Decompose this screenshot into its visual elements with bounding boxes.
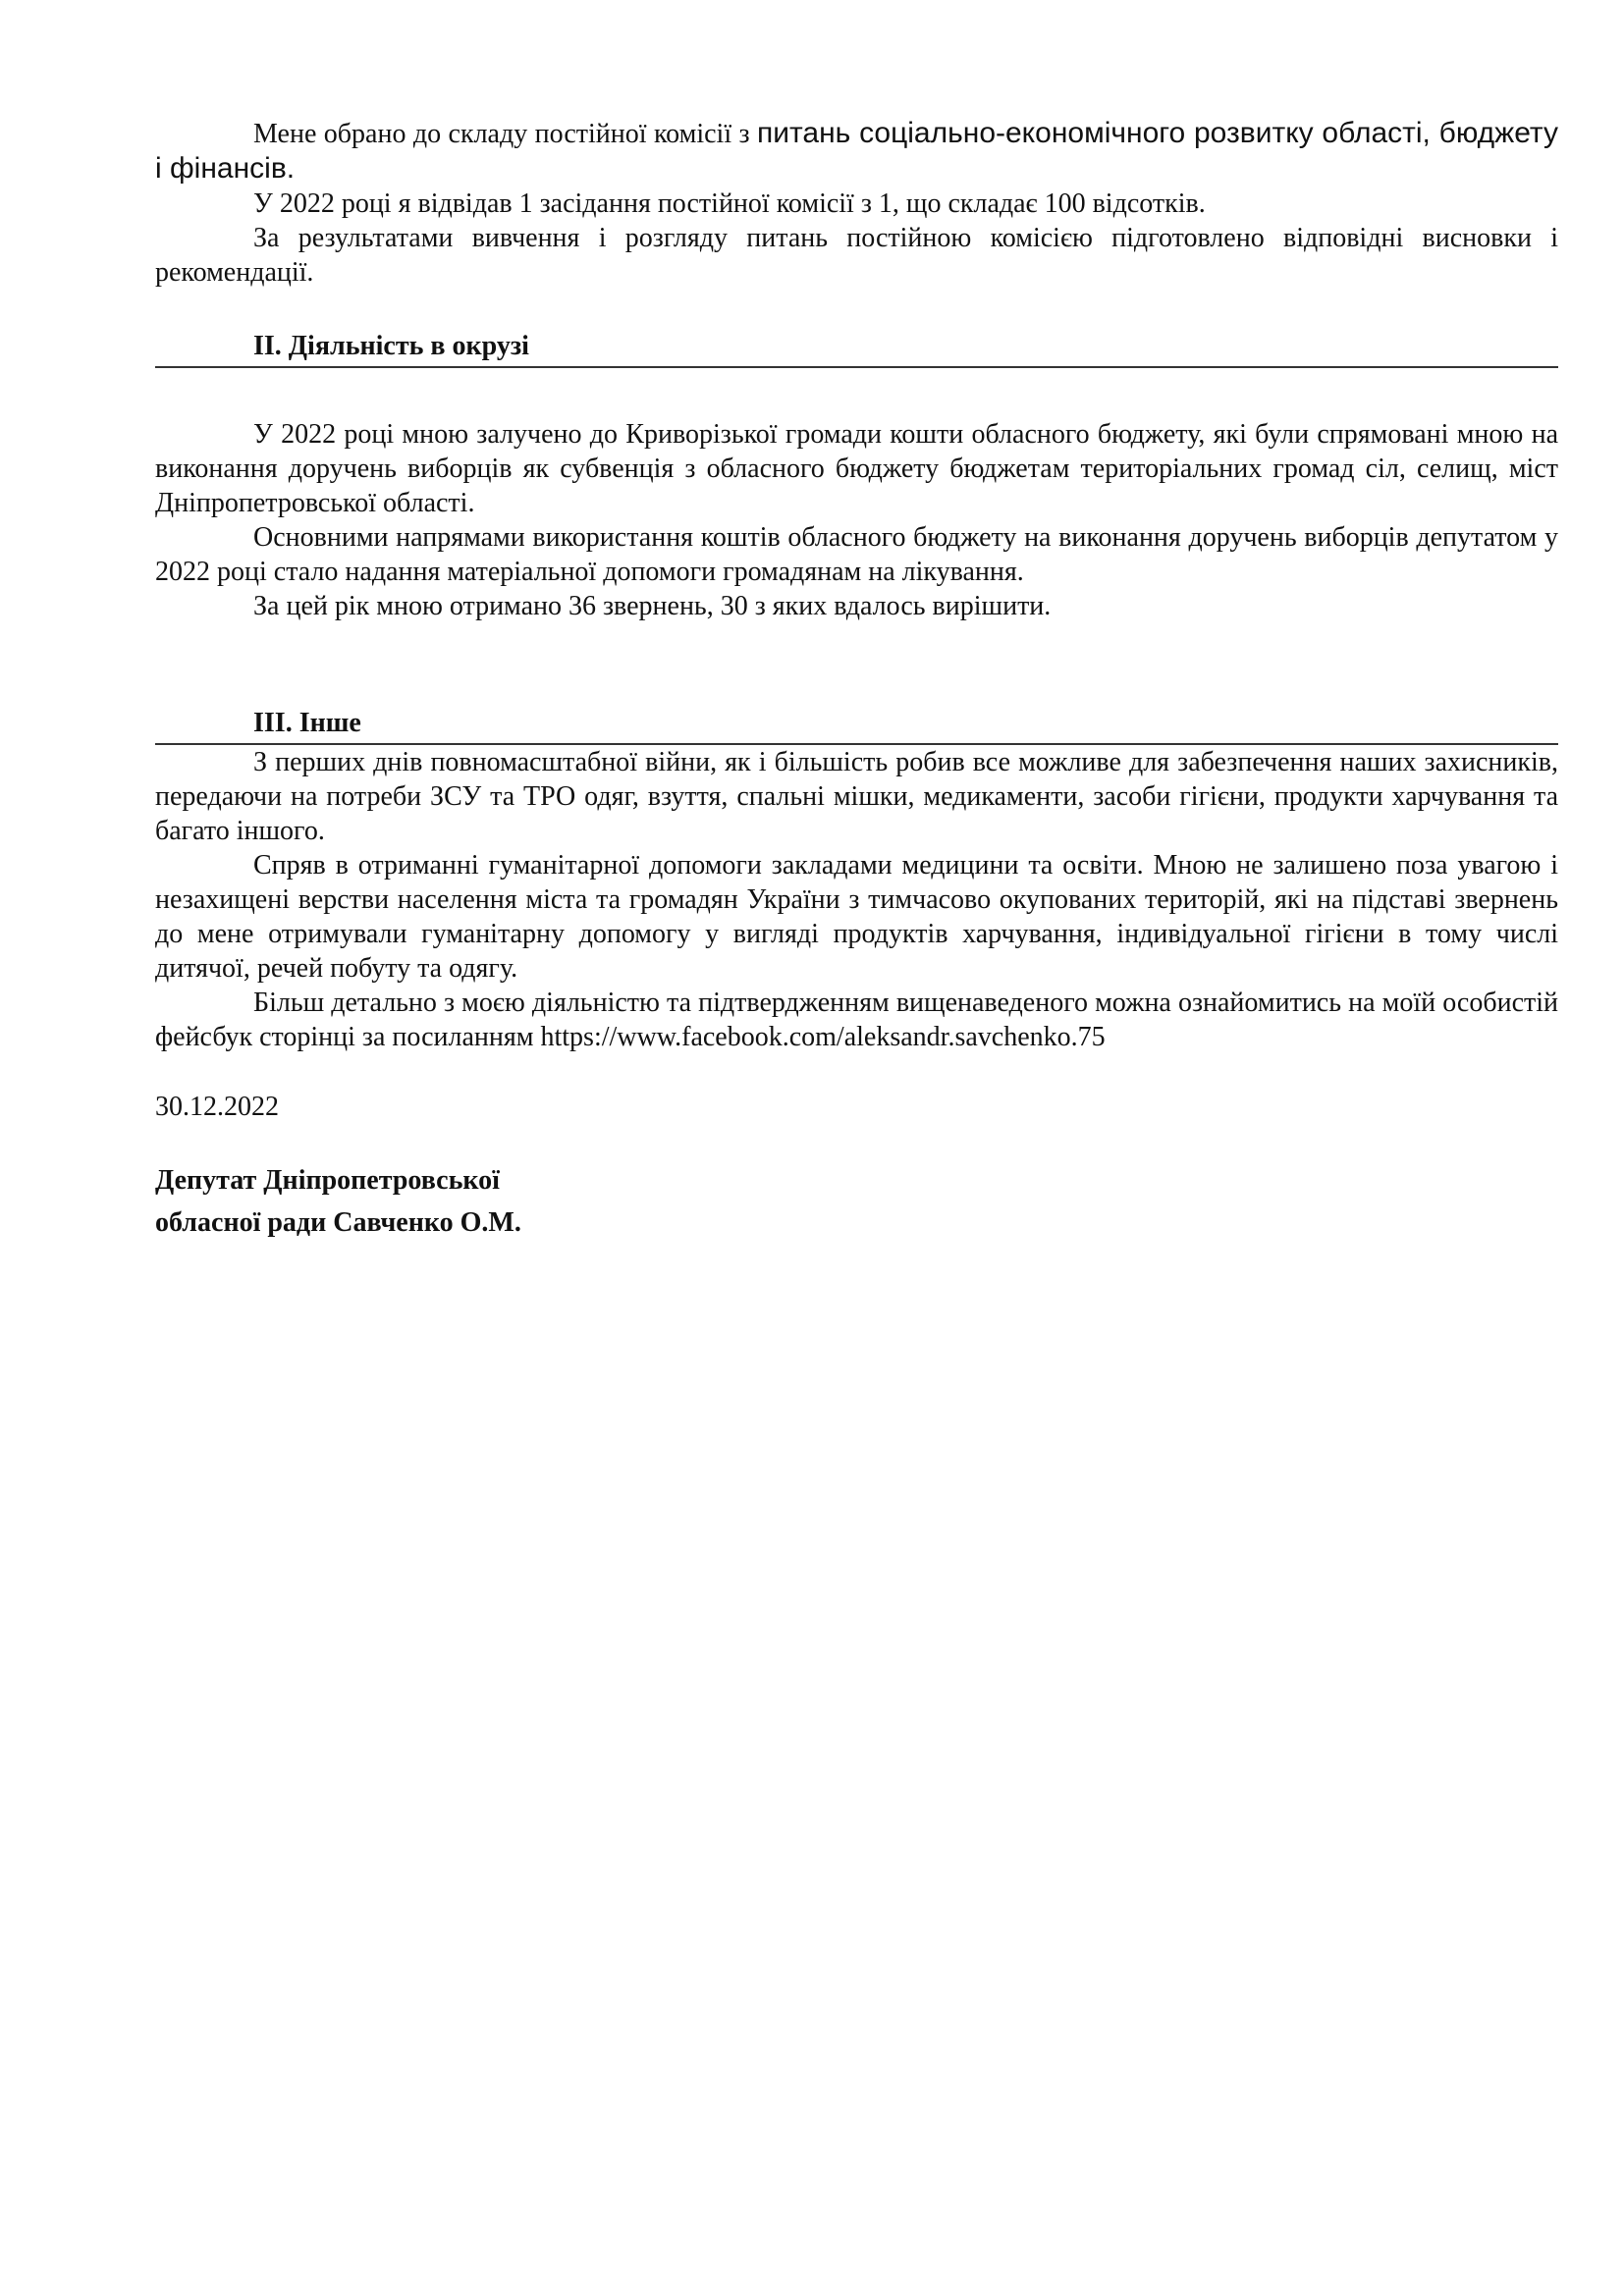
signature-line-2: обласної ради Савченко О.М. xyxy=(155,1201,1558,1244)
humanitarian-aid-paragraph: Спряв в отриманні гуманітарної допомоги … xyxy=(155,848,1558,986)
section-3-heading: ІІІ. Інше xyxy=(155,706,1558,745)
conclusions-paragraph: За результатами вивчення і розгляду пита… xyxy=(155,221,1558,290)
funds-usage-paragraph: Основними напрямами використання коштів … xyxy=(155,520,1558,589)
committee-text-part1: Мене обрано до складу постійної комісії … xyxy=(253,119,757,149)
document-date: 30.12.2022 xyxy=(155,1090,1558,1124)
signature-line-1: Депутат Дніпропетровської xyxy=(155,1159,1558,1201)
appeals-paragraph: За цей рік мною отримано 36 звернень, 30… xyxy=(155,589,1558,623)
attendance-paragraph: У 2022 році я відвідав 1 засідання пості… xyxy=(155,187,1558,221)
facebook-link[interactable]: https://www.facebook.com/aleksandr.savch… xyxy=(540,1022,1105,1052)
document-page: Мене обрано до складу постійної комісії … xyxy=(155,116,1558,1244)
facebook-paragraph: Більш детально з моєю діяльністю та підт… xyxy=(155,986,1558,1054)
committee-paragraph: Мене обрано до складу постійної комісії … xyxy=(155,116,1558,187)
section-2-heading: ІІ. Діяльність в окрузі xyxy=(155,329,1558,368)
district-funds-paragraph: У 2022 році мною залучено до Криворізько… xyxy=(155,417,1558,520)
war-support-paragraph: З перших днів повномасштабної війни, як … xyxy=(155,745,1558,848)
